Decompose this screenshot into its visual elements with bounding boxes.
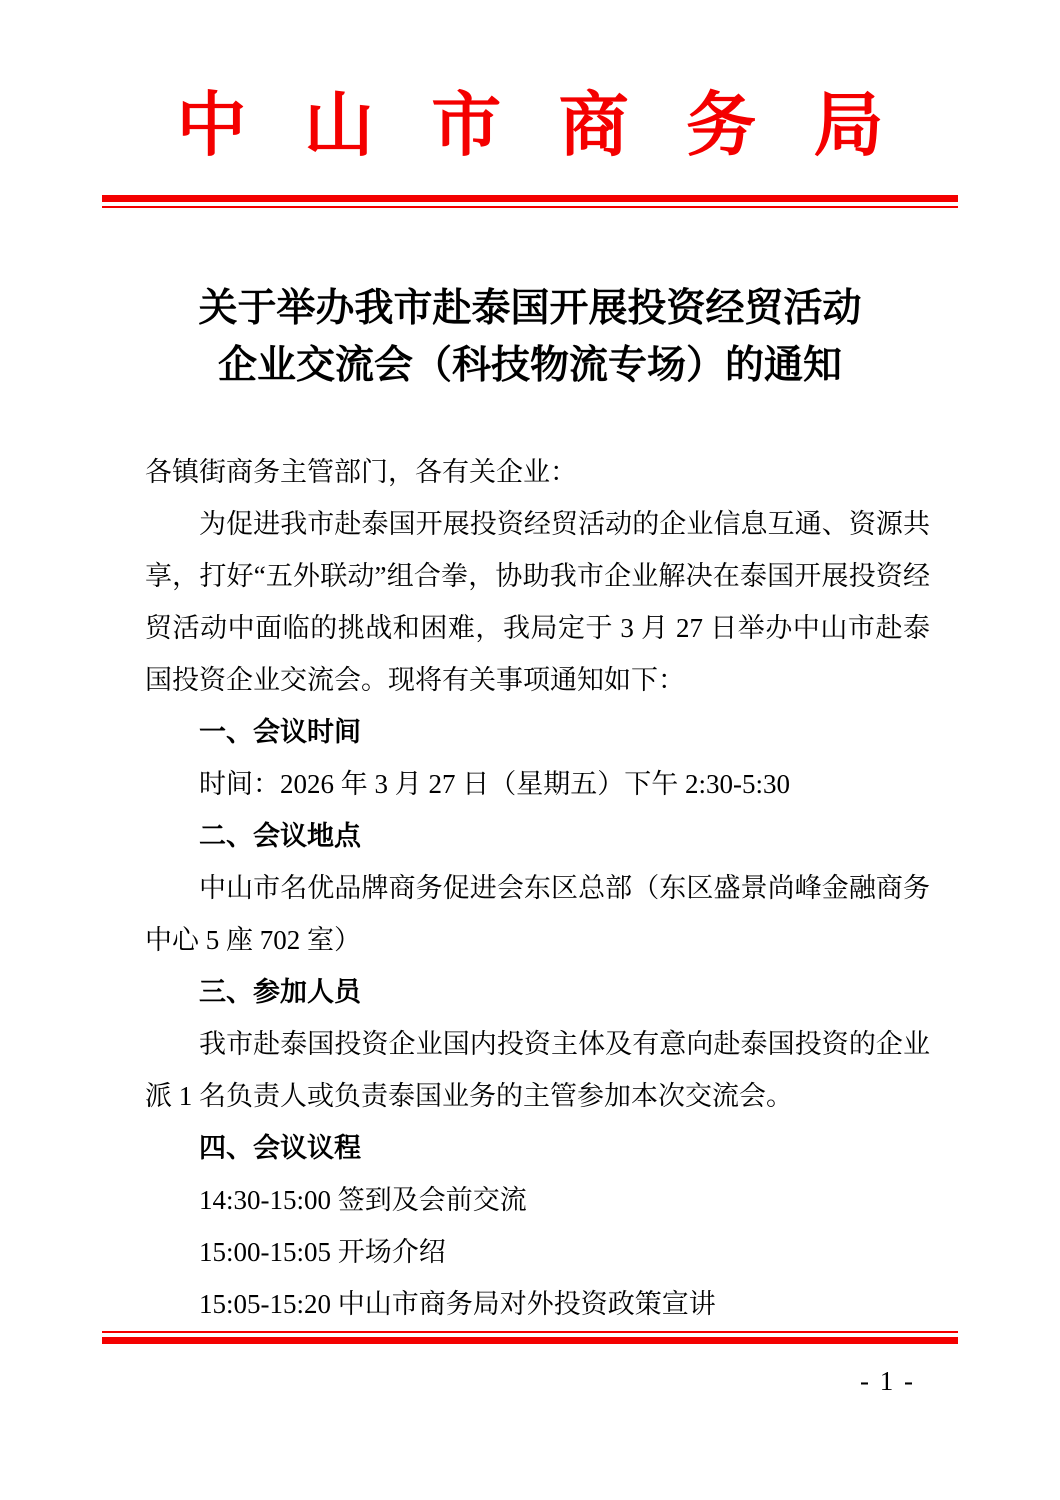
intro-paragraph: 为促进我市赴泰国开展投资经贸活动的企业信息互通、资源共享，打好“五外联动”组合拳… — [145, 498, 930, 706]
section-4-heading: 四、会议议程 — [145, 1122, 930, 1174]
agenda-item-1: 14:30-15:00 签到及会前交流 — [145, 1174, 930, 1226]
salutation: 各镇街商务主管部门，各有关企业： — [145, 446, 930, 498]
letterhead-org-name: 中山市商务局 — [0, 92, 1060, 162]
footer-separator — [102, 1331, 958, 1344]
page-number: - 1 - — [860, 1363, 915, 1399]
document-title-line1: 关于举办我市赴泰国开展投资经贸活动 — [0, 280, 1060, 337]
section-1-heading: 一、会议时间 — [145, 706, 930, 758]
letterhead-separator — [102, 195, 958, 208]
footer-rule-thick — [102, 1337, 958, 1344]
letterhead-rule-thin — [102, 206, 958, 208]
document-title: 关于举办我市赴泰国开展投资经贸活动 企业交流会（科技物流专场）的通知 — [0, 280, 1060, 394]
document-page: 中山市商务局 关于举办我市赴泰国开展投资经贸活动 企业交流会（科技物流专场）的通… — [0, 0, 1060, 1500]
agenda-item-3: 15:05-15:20 中山市商务局对外投资政策宣讲 — [145, 1278, 930, 1330]
footer-rule-thin — [102, 1331, 958, 1333]
section-2-heading: 二、会议地点 — [145, 810, 930, 862]
section-3-heading: 三、参加人员 — [145, 966, 930, 1018]
document-body: 各镇街商务主管部门，各有关企业： 为促进我市赴泰国开展投资经贸活动的企业信息互通… — [145, 446, 930, 1330]
letterhead-rule-thick — [102, 195, 958, 202]
section-1-content: 时间：2026 年 3 月 27 日（星期五）下午 2:30-5:30 — [145, 758, 930, 810]
document-title-line2: 企业交流会（科技物流专场）的通知 — [0, 337, 1060, 394]
section-2-content: 中山市名优品牌商务促进会东区总部（东区盛景尚峰金融商务中心 5 座 702 室） — [145, 862, 930, 966]
agenda-item-2: 15:00-15:05 开场介绍 — [145, 1226, 930, 1278]
section-3-content: 我市赴泰国投资企业国内投资主体及有意向赴泰国投资的企业派 1 名负责人或负责泰国… — [145, 1018, 930, 1122]
